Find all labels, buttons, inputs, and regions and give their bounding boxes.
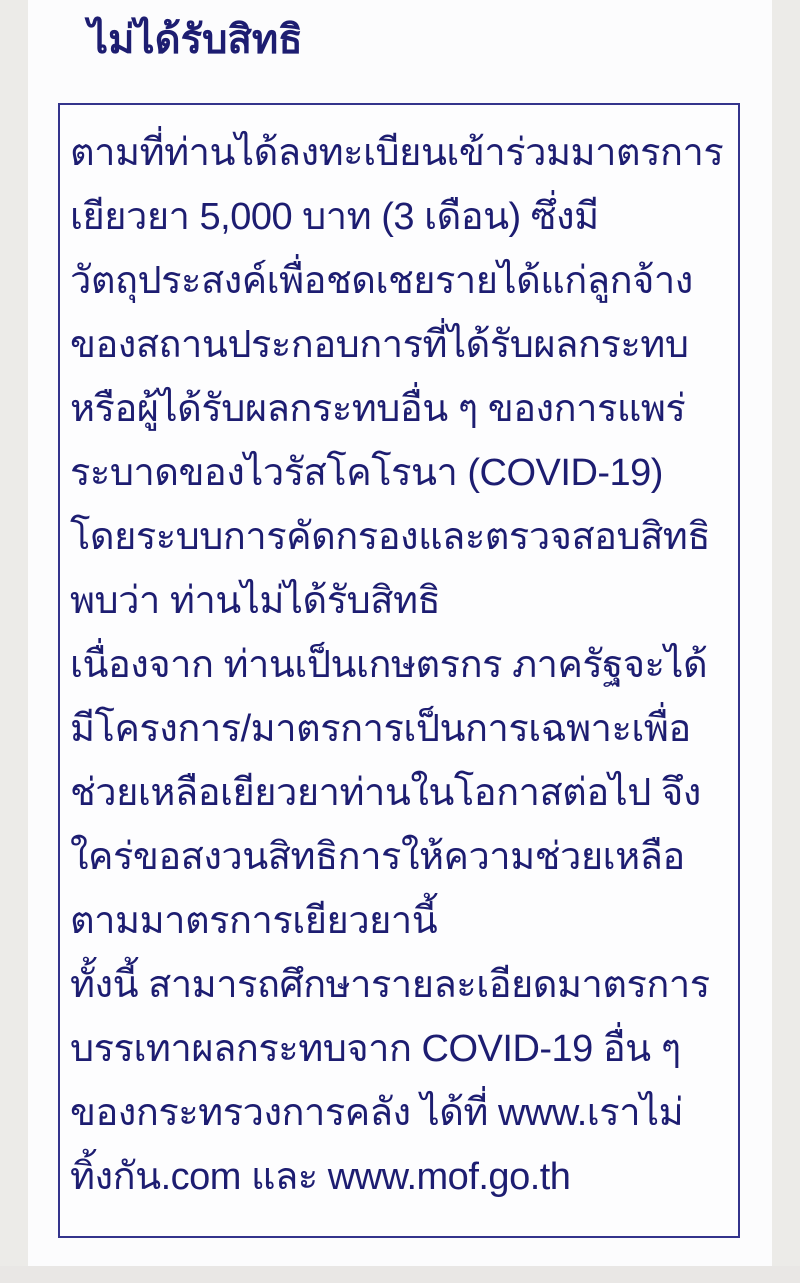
page-title: ไม่ได้รับสิทธิ [28, 0, 772, 66]
notice-line: บรรเทาผลกระทบจาก COVID-19 อื่น ๆ [70, 1017, 734, 1081]
notice-line: ทั้งนี้ สามารถศึกษารายละเอียดมาตรการ [70, 953, 734, 1017]
notice-line: ใคร่ขอสงวนสิทธิการให้ความช่วยเหลือ [70, 825, 734, 889]
notice-line: ของสถานประกอบการที่ได้รับผลกระทบ [70, 313, 734, 377]
notice-line: วัตถุประสงค์เพื่อชดเชยรายได้แก่ลูกจ้าง [70, 249, 734, 313]
notice-line: โดยระบบการคัดกรองและตรวจสอบสิทธิ [70, 505, 734, 569]
notice-line: เยียวยา 5,000 บาท (3 เดือน) ซึ่งมี [70, 185, 734, 249]
notice-line: ระบาดของไวรัสโคโรนา (COVID-19) [70, 441, 734, 505]
notice-line: ของกระทรวงการคลัง ได้ที่ www.เราไม่ [70, 1081, 734, 1145]
notice-line: พบว่า ท่านไม่ได้รับสิทธิ [70, 569, 734, 633]
notice-line: ทิ้งกัน.com และ www.mof.go.th [70, 1145, 734, 1209]
notice-line: ตามมาตรการเยียวยานี้ [70, 889, 734, 953]
bottom-letterbox [0, 1266, 800, 1283]
content-surface: ไม่ได้รับสิทธิ ตามที่ท่านได้ลงทะเบียนเข้… [28, 0, 772, 1266]
notice-line: มีโครงการ/มาตรการเป็นการเฉพาะเพื่อ [70, 697, 734, 761]
notice-line: ช่วยเหลือเยียวยาท่านในโอกาสต่อไป จึง [70, 761, 734, 825]
eligibility-notice-box: ตามที่ท่านได้ลงทะเบียนเข้าร่วมมาตรการ เย… [58, 103, 740, 1238]
notice-line: ตามที่ท่านได้ลงทะเบียนเข้าร่วมมาตรการ [70, 121, 734, 185]
notice-line: หรือผู้ได้รับผลกระทบอื่น ๆ ของการแพร่ [70, 377, 734, 441]
notice-line: เนื่องจาก ท่านเป็นเกษตรกร ภาครัฐจะได้ [70, 633, 734, 697]
